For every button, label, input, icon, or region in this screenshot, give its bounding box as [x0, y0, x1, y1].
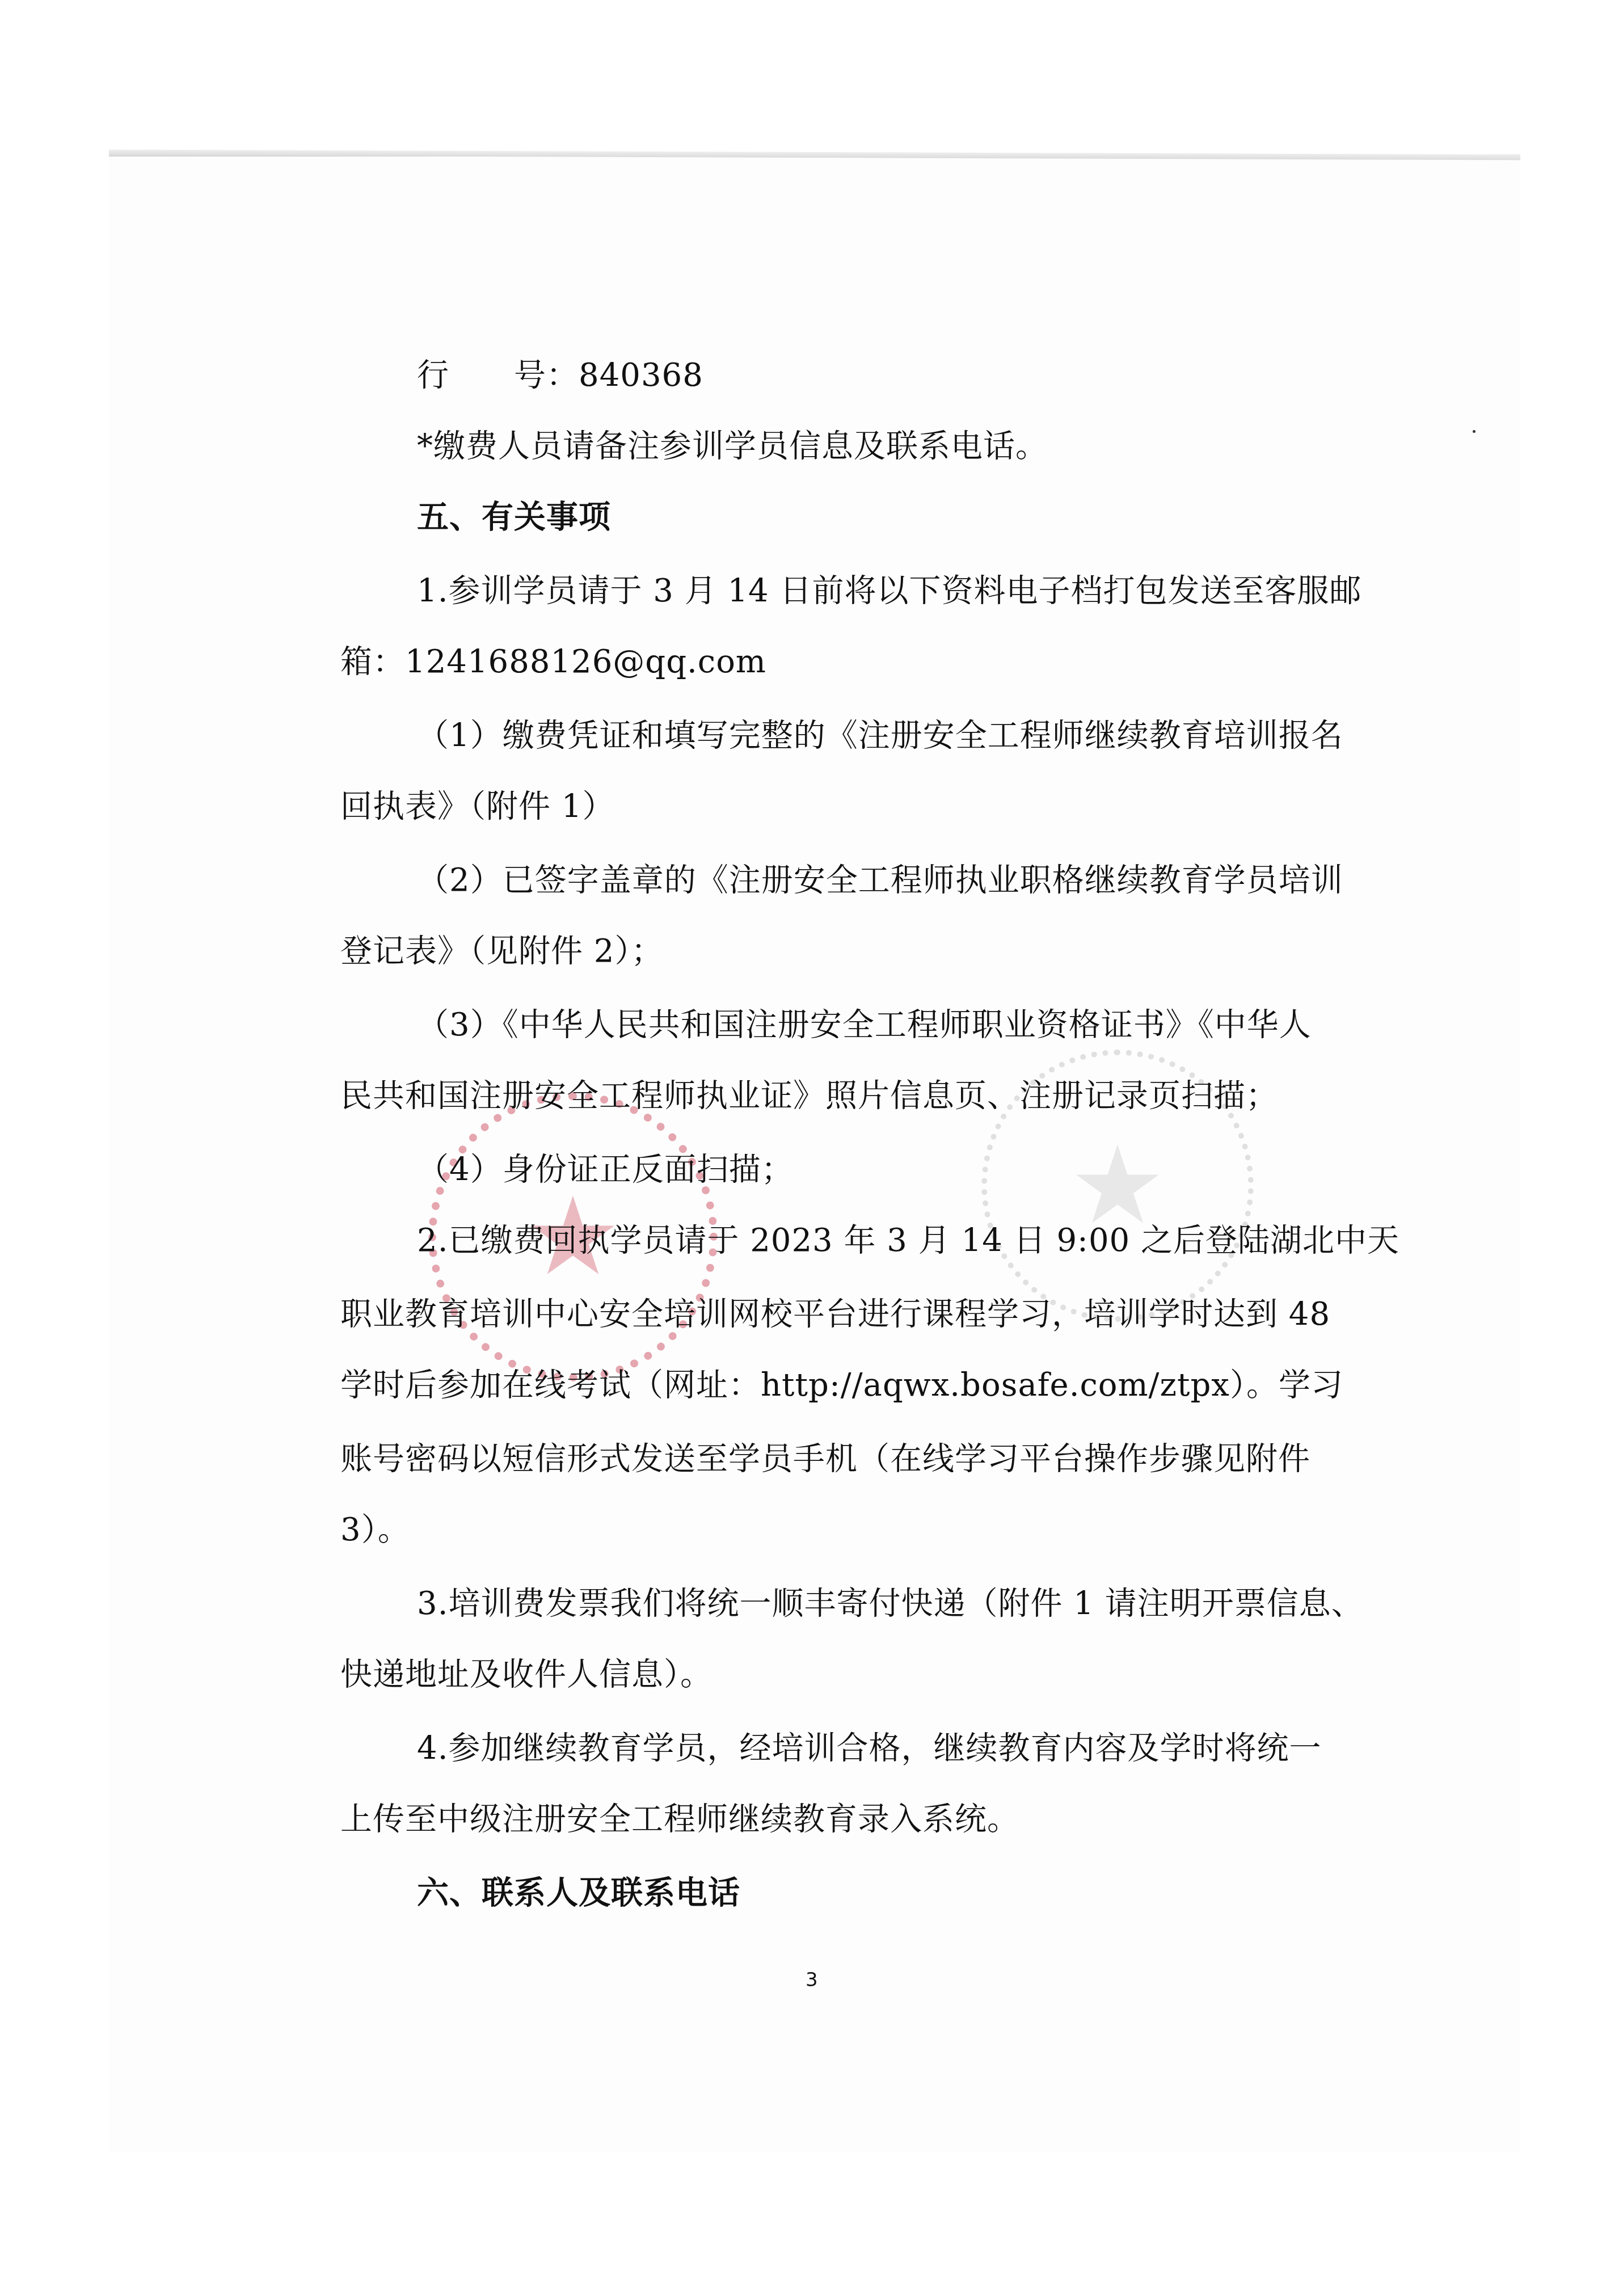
section-six-heading: 六、联系人及联系电话: [417, 1875, 740, 1911]
item2-line3: 学时后参加在线考试（网址：http://aqwx.bosafe.com/ztpx…: [340, 1367, 1343, 1404]
exam-url-suffix: ）。学习: [1230, 1367, 1343, 1404]
sub4-line: （4）身份证正反面扫描；: [417, 1152, 794, 1188]
item1-line2: 箱：1241688126@qq.com: [340, 644, 766, 680]
sub2-line1: （2）已签字盖章的《注册安全工程师执业职格继续教育学员培训: [417, 862, 1343, 899]
item3-line1: 3.培训费发票我们将统一顺丰寄付快递（附件 1 请注明开票信息、: [417, 1586, 1364, 1622]
exam-url-label: 学时后参加在线考试（网址：: [340, 1367, 761, 1404]
sub2-line2: 登记表》（见附件 2）；: [340, 933, 663, 970]
item2-line2: 职业教育培训中心安全培训网校平台进行课程学习，培训学时达到 48: [340, 1296, 1330, 1333]
section-five-heading: 五、有关事项: [417, 499, 611, 536]
email-label: 箱：: [340, 643, 405, 680]
item2-line1: 2.已缴费回执学员请于 2023 年 3 月 14 日 9:00 之后登陆湖北中…: [417, 1223, 1399, 1259]
item4-line1: 4.参加继续教育学员，经培训合格，继续教育内容及学时将统一: [417, 1730, 1321, 1767]
sub3-line1: （3）《中华人民共和国注册安全工程师职业资格证书》《中华人: [417, 1007, 1312, 1043]
item2-line5: 3）。: [340, 1512, 410, 1548]
item3-line2: 快递地址及收件人信息）。: [340, 1657, 713, 1693]
payment-note: *缴费人员请备注参训学员信息及联系电话。: [417, 428, 1048, 465]
item1-line1: 1.参训学员请于 3 月 14 日前将以下资料电子档打包发送至客服邮: [417, 573, 1362, 609]
bank-number-value: 840368: [579, 357, 703, 394]
item4-line2: 上传至中级注册安全工程师继续教育录入系统。: [340, 1801, 1019, 1838]
sub1-line1: （1）缴费凭证和填写完整的《注册安全工程师继续教育培训报名: [417, 718, 1343, 754]
exam-url-link[interactable]: http://aqwx.bosafe.com/ztpx: [761, 1367, 1230, 1404]
email-address[interactable]: 1241688126@qq.com: [405, 643, 766, 680]
sub1-line2: 回执表》（附件 1）: [340, 789, 614, 825]
sub3-line2: 民共和国注册安全工程师执业证》照片信息页、注册记录页扫描；: [340, 1078, 1278, 1114]
bank-number-label: 行 号：: [417, 357, 579, 394]
item2-line4: 账号密码以短信形式发送至学员手机（在线学习平台操作步骤见附件: [340, 1441, 1310, 1477]
bank-number-line: 行 号：840368: [417, 357, 703, 394]
page-number: 3: [806, 1969, 818, 1991]
scan-speck: [1473, 430, 1476, 433]
